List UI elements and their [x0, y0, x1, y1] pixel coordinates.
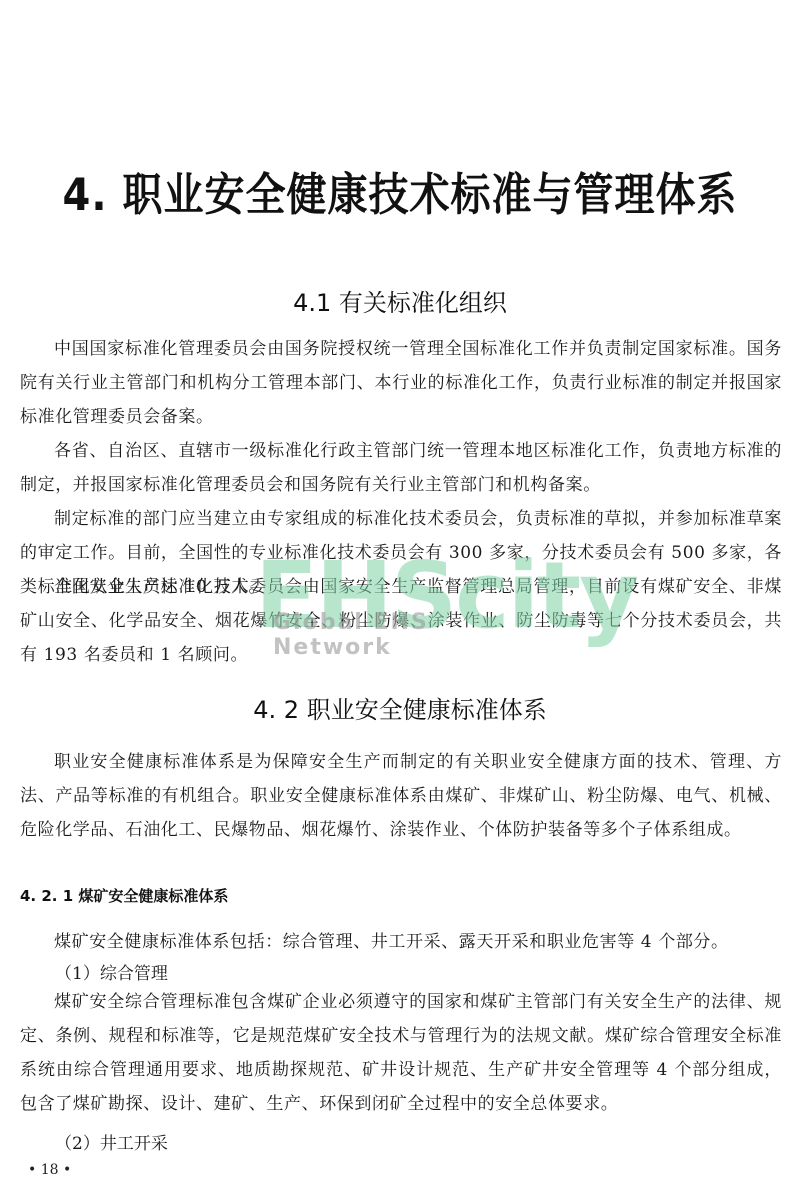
item-label: （2）井工开采	[55, 1129, 168, 1154]
paragraph: 职业安全健康标准体系是为保障安全生产而制定的有关职业安全健康方面的技术、管理、方…	[20, 745, 782, 847]
paragraph: 中国国家标准化管理委员会由国务院授权统一管理全国标准化工作并负责制定国家标准。国…	[20, 332, 782, 434]
paragraph: 各省、自治区、直辖市一级标准化行政主管部门统一管理本地区标准化工作，负责地方标准…	[20, 434, 782, 502]
page-number: • 18 •	[28, 1162, 71, 1178]
subsection-title-4-2-1: 4. 2. 1 煤矿安全健康标准体系	[20, 885, 228, 906]
chapter-title: 4. 职业安全健康技术标准与管理体系	[0, 160, 800, 224]
paragraph: 煤矿安全健康标准体系包括：综合管理、井工开采、露天开采和职业危害等 4 个部分。	[20, 925, 782, 959]
section-title-4-2: 4. 2 职业安全健康标准体系	[0, 690, 800, 725]
document-page: 4. 职业安全健康技术标准与管理体系 4.1 有关标准化组织 中国国家标准化管理…	[0, 0, 800, 1198]
item-label: （1）综合管理	[55, 959, 168, 984]
section-title-4-1: 4.1 有关标准化组织	[0, 283, 800, 318]
paragraph: 全国安全生产标准化技术委员会由国家安全生产监督管理总局管理，目前设有煤矿安全、非…	[20, 570, 782, 672]
paragraph: 煤矿安全综合管理标准包含煤矿企业必须遵守的国家和煤矿主管部门有关安全生产的法律、…	[20, 985, 782, 1121]
